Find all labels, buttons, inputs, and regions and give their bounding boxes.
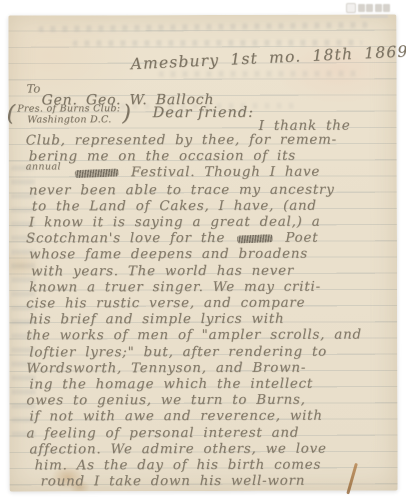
letter-body-line: the works of men of "ampler scrolls, and (26, 328, 391, 345)
watermark-emblem (346, 3, 356, 13)
letter-body-line: affection. We admire others, we love (26, 441, 391, 458)
letter-body-line: to the Land of Cakes, I have, (and (26, 198, 391, 215)
letter-body-line: his brief and simple lyrics with (26, 312, 391, 329)
note-line-1: Pres. of Burns Club: (17, 103, 120, 114)
letter-body-line: ing the homage which the intellect (26, 377, 391, 394)
scanned-letter-photo: { "letter": { "dateline": "Amesbury 1st … (0, 0, 406, 500)
struck-out-word (75, 169, 119, 179)
watermark-glyphs (346, 3, 402, 13)
letter-body-line: owes to genius, we turn to Burns, (26, 393, 391, 410)
letter-body-line: loftier lyres;" but, after rendering to (26, 344, 391, 361)
letter-body-line: cise his rustic verse, and compare (26, 296, 391, 313)
letter-body: Club, represented by thee, for remem-ber… (26, 133, 392, 491)
letter-body-line: round I take down his well-worn (27, 474, 392, 491)
address-to-label: To (27, 81, 41, 95)
note-open-paren: ( (7, 103, 16, 125)
show-through-ghost-writing (72, 40, 362, 47)
opening-phrase: I thank the (259, 118, 351, 134)
note-line-2: Washington D.C. (17, 114, 120, 125)
letter-body-line: with years. The world has never (26, 263, 391, 280)
letter-body-line: a feeling of personal interest and (26, 425, 391, 442)
letter-dateline: Amesbury 1st mo. 18th 1869 (130, 42, 406, 73)
watermark-subtext (360, 15, 388, 18)
auction-watermark-logo (346, 3, 402, 25)
letter-body-line: Wordsworth, Tennyson, and Brown- (26, 360, 391, 377)
recipient-note: ( Pres. of Burns Club: Washington D.C. ) (7, 103, 131, 125)
note-close-paren: ) (122, 103, 131, 125)
inserted-word: annual (26, 162, 61, 173)
letter-body-line: him. As the day of his birth comes (27, 458, 392, 475)
letter-body-line: Club, represented by thee, for remem- (26, 133, 391, 150)
letter-body-line: I know it is saying a great deal,) a (26, 215, 391, 232)
show-through-ghost-writing (38, 22, 368, 32)
letter-body-line: never been able to trace my ancestry (26, 182, 391, 199)
salutation: Dear friend: (153, 105, 254, 121)
letter-body-line: annual Festival. Though I have (26, 165, 391, 183)
show-through-ghost-writing (159, 71, 359, 78)
letter-body-line: Scotchman's love for the Poet (26, 231, 391, 248)
letter-body-line: known a truer singer. We may criti- (26, 279, 391, 296)
letter-body-line: if not with awe and reverence, with (26, 409, 391, 426)
letter-body-line: bering me on the occasion of its (26, 149, 391, 166)
letter-page: Amesbury 1st mo. 18th 1869 To Gen. Geo. … (8, 14, 397, 491)
struck-out-word (237, 234, 273, 243)
note-lines: Pres. of Burns Club: Washington D.C. (17, 103, 120, 125)
letter-body-line: whose fame deepens and broadens (26, 247, 391, 264)
